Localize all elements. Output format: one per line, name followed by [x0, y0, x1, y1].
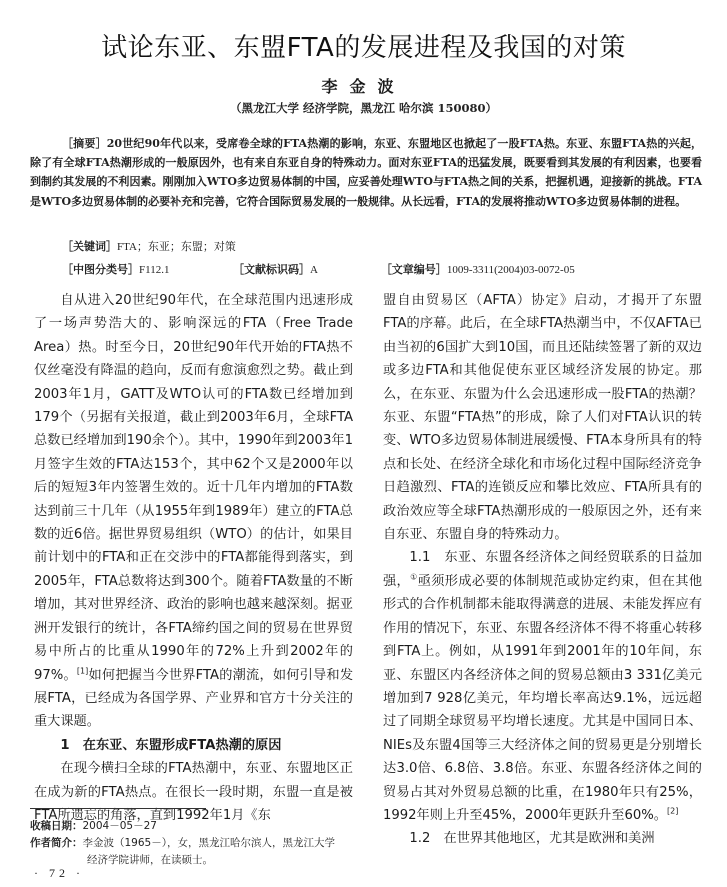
footnotes: 收稿日期：2004－05－27 作者简介：李金波（1965－），女，黑龙江哈尔滨…	[30, 818, 360, 869]
clc-value: F112.1	[139, 264, 169, 276]
author-affiliation: （黑龙江大学 经济学院，黑龙江 哈尔滨 150080）	[0, 100, 727, 116]
received-value: 2004－05－27	[83, 820, 157, 832]
classification-row: ［中图分类号］F112.1 ［文献标识码］A ［文章编号］1009-3311(2…	[62, 261, 712, 277]
doc-code-label: ［文献标识码］	[233, 263, 310, 276]
received-label: 收稿日期：	[30, 820, 83, 832]
keywords: ［关键词］FTA；东亚；东盟；对策	[62, 238, 236, 254]
article-no-value: 1009-3311(2004)03-0072-05	[447, 264, 575, 276]
paragraph-1-2: 1.2 在世界其他地区，尤其是欧洲和美洲	[383, 827, 702, 850]
body-column-right: 盟自由贸易区（AFTA）协定》启动，才揭开了东盟FTA的序幕。此后，在全球FTA…	[383, 289, 702, 851]
paragraph: 在现今横扫全球的FTA热潮中，东亚、东盟地区正在成为新的FTA热点。在很长一段时…	[34, 757, 353, 827]
bio-label: 作者简介：	[30, 837, 83, 849]
body-column-left: 自从进入20世纪90年代，在全球范围内迅速形成了一场声势浩大的、影响深远的FTA…	[34, 289, 353, 827]
doc-code-value: A	[310, 264, 317, 276]
paragraph-1-1: 1.1 东亚、东盟各经济体之间经贸联系的日益加强，①亟须形成必要的体制规范或协定…	[383, 546, 702, 827]
clc-label: ［中图分类号］	[62, 263, 139, 276]
paragraph-text: 如何把握当今世界FTA的潮流，如何引导和发展FTA，已经成为各国学界、产业界和官…	[34, 668, 353, 730]
section-heading-1: 1 在东亚、东盟形成FTA热潮的原因	[34, 734, 353, 757]
paragraph-continued: 盟自由贸易区（AFTA）协定》启动，才揭开了东盟FTA的序幕。此后，在全球FTA…	[383, 289, 702, 546]
article-no-label: ［文章编号］	[381, 263, 447, 276]
author-bio: 作者简介：李金波（1965－），女，黑龙江哈尔滨人，黑龙江大学	[30, 835, 360, 852]
paragraph-text: 自从进入20世纪90年代，在全球范围内迅速形成了一场声势浩大的、影响深远的FTA…	[34, 293, 353, 683]
footnote-divider	[30, 808, 206, 809]
citation-ref[interactable]: [2]	[667, 807, 678, 816]
abstract: ［摘要］20世纪90年代以来，受席卷全球的FTA热潮的影响，东亚、东盟地区也掀起…	[30, 134, 702, 211]
keywords-label: ［关键词］	[62, 240, 117, 253]
citation-ref[interactable]: [1]	[77, 666, 88, 675]
paper-title: 试论东亚、东盟FTA的发展进程及我国的对策	[0, 27, 727, 64]
footnote-marker[interactable]: ①	[410, 572, 418, 581]
paragraph-text: 亟须形成必要的体制规范或协定约束，但在其他形式的合作机制都未能取得满意的进展、未…	[383, 574, 702, 823]
paragraph-intro: 自从进入20世纪90年代，在全球范围内迅速形成了一场声势浩大的、影响深远的FTA…	[34, 289, 353, 734]
page-number: · 72 ·	[34, 866, 84, 881]
abstract-text: 20世纪90年代以来，受席卷全球的FTA热潮的影响，东亚、东盟地区也掀起了一股F…	[30, 137, 702, 208]
bio-line-1: 李金波（1965－），女，黑龙江哈尔滨人，黑龙江大学	[83, 837, 335, 849]
author-name: 李金波	[0, 74, 727, 97]
keywords-value: FTA；东亚；东盟；对策	[117, 241, 236, 253]
received-date: 收稿日期：2004－05－27	[30, 818, 360, 835]
abstract-label: ［摘要］	[62, 137, 107, 150]
